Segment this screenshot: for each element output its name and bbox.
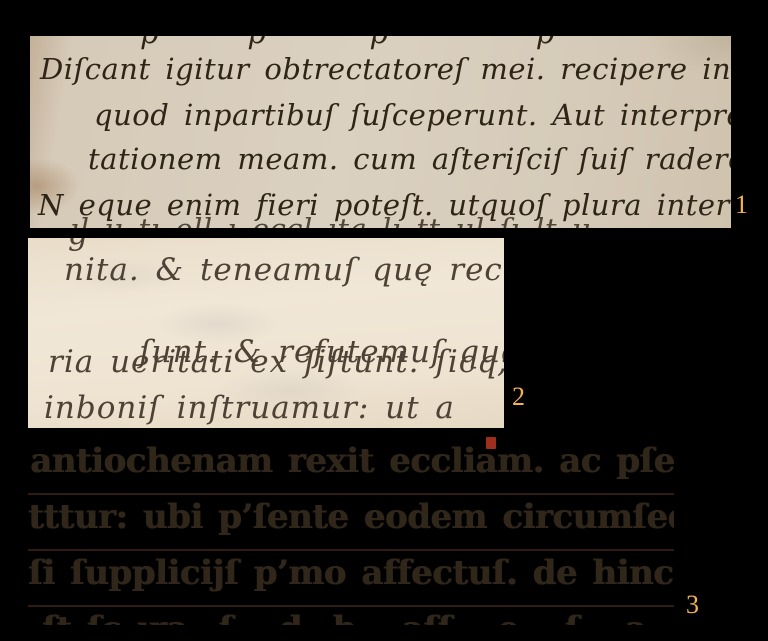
cropped-line-fragment: ſt ſc ıra ſ d b aſſ e ſ a lt [42, 609, 674, 625]
manuscript-panel-3: antiochenam rexit eccliam. ac pſecutione… [28, 437, 674, 625]
text-line: ria ueritati ex ſiſtunt. ſicq; [48, 344, 504, 380]
text-line: quod inpartibuſ ſuſceperunt. Aut interpr… [94, 98, 731, 132]
ruling-line [28, 605, 674, 607]
panel-number-2: 2 [512, 384, 525, 410]
text-line: ſi ſupplicijſ p’mo affectuſ. de hinc leo… [28, 553, 674, 593]
manuscript-panel-2: g nita. & teneamuſ quę recta ſunt. & ref… [28, 238, 504, 428]
figure-canvas: p p p p Diſcant igitur obtrectatoreſ mei… [0, 0, 768, 641]
cropped-line-fragment: ıl ıı tı oll ı eccl ıta lı tt ııl ſı lt … [70, 212, 591, 228]
text-line: antiochenam rexit eccliam. ac pſecutione [30, 441, 674, 481]
panel-number-3: 3 [686, 592, 699, 618]
text-line: tttur: ubi p’ſente eodem circumſedente ſ… [28, 497, 674, 537]
text-line: tationem meam. cum aſteriſciſ ſuiſ rader… [88, 142, 731, 176]
ruling-line [28, 493, 674, 495]
ruling-line [28, 549, 674, 551]
text-line: Diſcant igitur obtrectatoreſ mei. recipe… [40, 52, 731, 86]
panel-number-1: 1 [735, 192, 748, 218]
text-line: nita. & teneamuſ quę recta [64, 252, 504, 288]
text-line: inboniſ inſtruamur: ut a [44, 390, 455, 426]
cropped-line-fragment: p p p p [140, 36, 555, 50]
manuscript-panel-1: p p p p Diſcant igitur obtrectatoreſ mei… [30, 36, 731, 228]
cropped-line-fragment: g [68, 238, 89, 252]
